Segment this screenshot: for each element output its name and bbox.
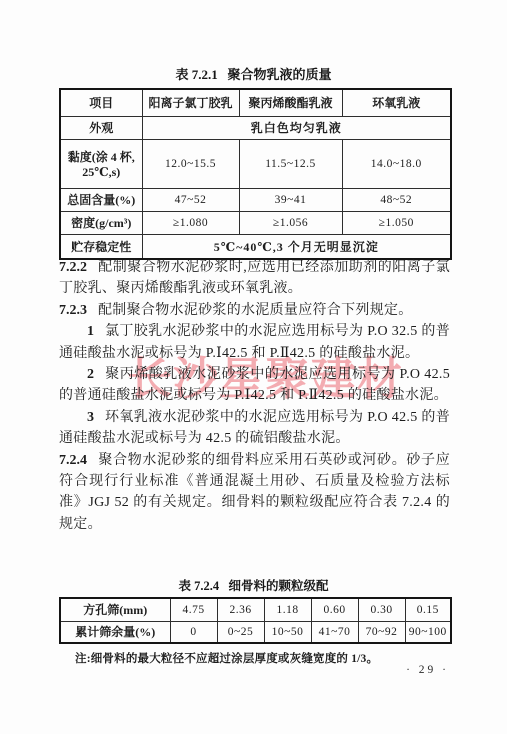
value-cell: 0.60 [311,598,358,621]
value-cell: 4.75 [170,598,217,621]
item-number: 2 [87,367,94,382]
value-cell: 10~50 [264,621,311,643]
clause-paragraph-7-2-3: 7.2.3配制聚合物水泥砂浆的水泥质量应符合下列规定。 [59,300,450,321]
value-cell: 90~100 [405,621,451,643]
column-header: 环氧乳液 [342,89,451,116]
value-cell: 14.0~18.0 [342,139,451,188]
value-cell: 2.36 [217,598,264,621]
item-text: 环氧乳液水泥砂浆中的水泥应选用标号为 P.O 42.5 的普通硅酸盐水泥或标号为… [59,410,450,446]
table-row: 累计筛余量(%) 0 0~25 10~50 41~70 70~92 90~100 [60,621,451,643]
table-row: 贮存稳定性 5℃~40℃,3 个月无明显沉淀 [60,234,451,259]
page-number: · 29 · [406,664,449,676]
table-note: 注:细骨料的最大粒径不应超过涂层厚度或灰缝宽度的 1/3。 [75,650,435,666]
page-content: 表 7.2.1 聚合物乳液的质量 项目 阳离子氯丁胶乳 聚丙烯酸酯乳液 环氧乳液… [0,0,507,734]
table-7-2-1: 项目 阳离子氯丁胶乳 聚丙烯酸酯乳液 环氧乳液 外观 乳白色均匀乳液 黏度(涂 … [59,88,452,260]
value-cell: 70~92 [358,621,405,643]
value-cell: 0 [170,621,217,643]
clause-text-block: 7.2.2配制聚合物水泥砂浆时,应选用已经添加助剂的阳离子氯丁胶乳、聚丙烯酸酯乳… [59,257,450,535]
value-cell: ≥1.050 [342,211,451,234]
clause-number: 7.2.3 [59,303,87,318]
value-cell: 0~25 [217,621,264,643]
value-cell: 48~52 [342,188,451,211]
row-label: 累计筛余量(%) [60,621,170,643]
clause-paragraph-7-2-2: 7.2.2配制聚合物水泥砂浆时,应选用已经添加助剂的阳离子氯丁胶乳、聚丙烯酸酯乳… [59,257,450,300]
column-header: 阳离子氯丁胶乳 [142,89,239,116]
value-cell: 0.15 [405,598,451,621]
document-page: 长沙星聚建材 表 7.2.1 聚合物乳液的质量 项目 阳离子氯丁胶乳 聚丙烯酸酯… [0,0,507,734]
clause-item-3: 3环氧乳液水泥砂浆中的水泥应选用标号为 P.O 42.5 的普通硅酸盐水泥或标号… [59,407,450,450]
value-cell: 乳白色均匀乳液 [142,116,451,139]
clause-text: 配制聚合物水泥砂浆的水泥质量应符合下列规定。 [98,303,413,318]
clause-item-1: 1氯丁胶乳水泥砂浆中的水泥应选用标号为 P.O 32.5 的普通硅酸盐水泥或标号… [59,321,450,364]
row-label: 黏度(涂 4 杯, 25℃,s) [60,139,142,188]
row-label: 外观 [60,116,142,139]
value-cell: 41~70 [311,621,358,643]
clause-paragraph-7-2-4: 7.2.4聚合物水泥砂浆的细骨料应采用石英砂或河砂。砂子应符合现行行业标准《普通… [59,450,450,536]
column-header: 聚丙烯酸酯乳液 [239,89,342,116]
value-cell: 5℃~40℃,3 个月无明显沉淀 [142,234,451,259]
column-header: 项目 [60,89,142,116]
value-cell: ≥1.080 [142,211,239,234]
table-row: 项目 阳离子氯丁胶乳 聚丙烯酸酯乳液 环氧乳液 [60,89,451,116]
value-cell: 0.30 [358,598,405,621]
clause-number: 7.2.4 [59,453,87,468]
row-label: 方孔筛(mm) [60,598,170,621]
value-cell: 1.18 [264,598,311,621]
clause-item-2: 2聚丙烯酸乳液水泥砂浆中的水泥应选用标号为 P.O 42.5 的普通硅酸盐水泥或… [59,364,450,407]
table-7-2-1-title: 表 7.2.1 聚合物乳液的质量 [0,64,507,83]
item-text: 氯丁胶乳水泥砂浆中的水泥应选用标号为 P.O 32.5 的普通硅酸盐水泥或标号为… [59,324,450,360]
row-label: 密度(g/cm³) [60,211,142,234]
item-text: 聚丙烯酸乳液水泥砂浆中的水泥应选用标号为 P.O 42.5 的普通硅酸盐水泥或标… [59,367,450,403]
table-row: 方孔筛(mm) 4.75 2.36 1.18 0.60 0.30 0.15 [60,598,451,621]
clause-number: 7.2.2 [59,260,87,275]
value-cell: 12.0~15.5 [142,139,239,188]
clause-text: 聚合物水泥砂浆的细骨料应采用石英砂或河砂。砂子应符合现行行业标准《普通混凝土用砂… [59,453,450,532]
table-row: 外观 乳白色均匀乳液 [60,116,451,139]
row-label: 总固含量(%) [60,188,142,211]
row-label: 贮存稳定性 [60,234,142,259]
table-row: 黏度(涂 4 杯, 25℃,s) 12.0~15.5 11.5~12.5 14.… [60,139,451,188]
value-cell: ≥1.056 [239,211,342,234]
clause-text: 配制聚合物水泥砂浆时,应选用已经添加助剂的阳离子氯丁胶乳、聚丙烯酸酯乳液或环氧乳… [59,260,450,296]
value-cell: 47~52 [142,188,239,211]
table-7-2-4-title: 表 7.2.4 细骨料的颗粒级配 [0,576,507,594]
value-cell: 11.5~12.5 [239,139,342,188]
table-row: 总固含量(%) 47~52 39~41 48~52 [60,188,451,211]
item-number: 3 [87,410,94,425]
value-cell: 39~41 [239,188,342,211]
table-row: 密度(g/cm³) ≥1.080 ≥1.056 ≥1.050 [60,211,451,234]
table-7-2-4: 方孔筛(mm) 4.75 2.36 1.18 0.60 0.30 0.15 累计… [59,597,452,644]
item-number: 1 [87,324,94,339]
